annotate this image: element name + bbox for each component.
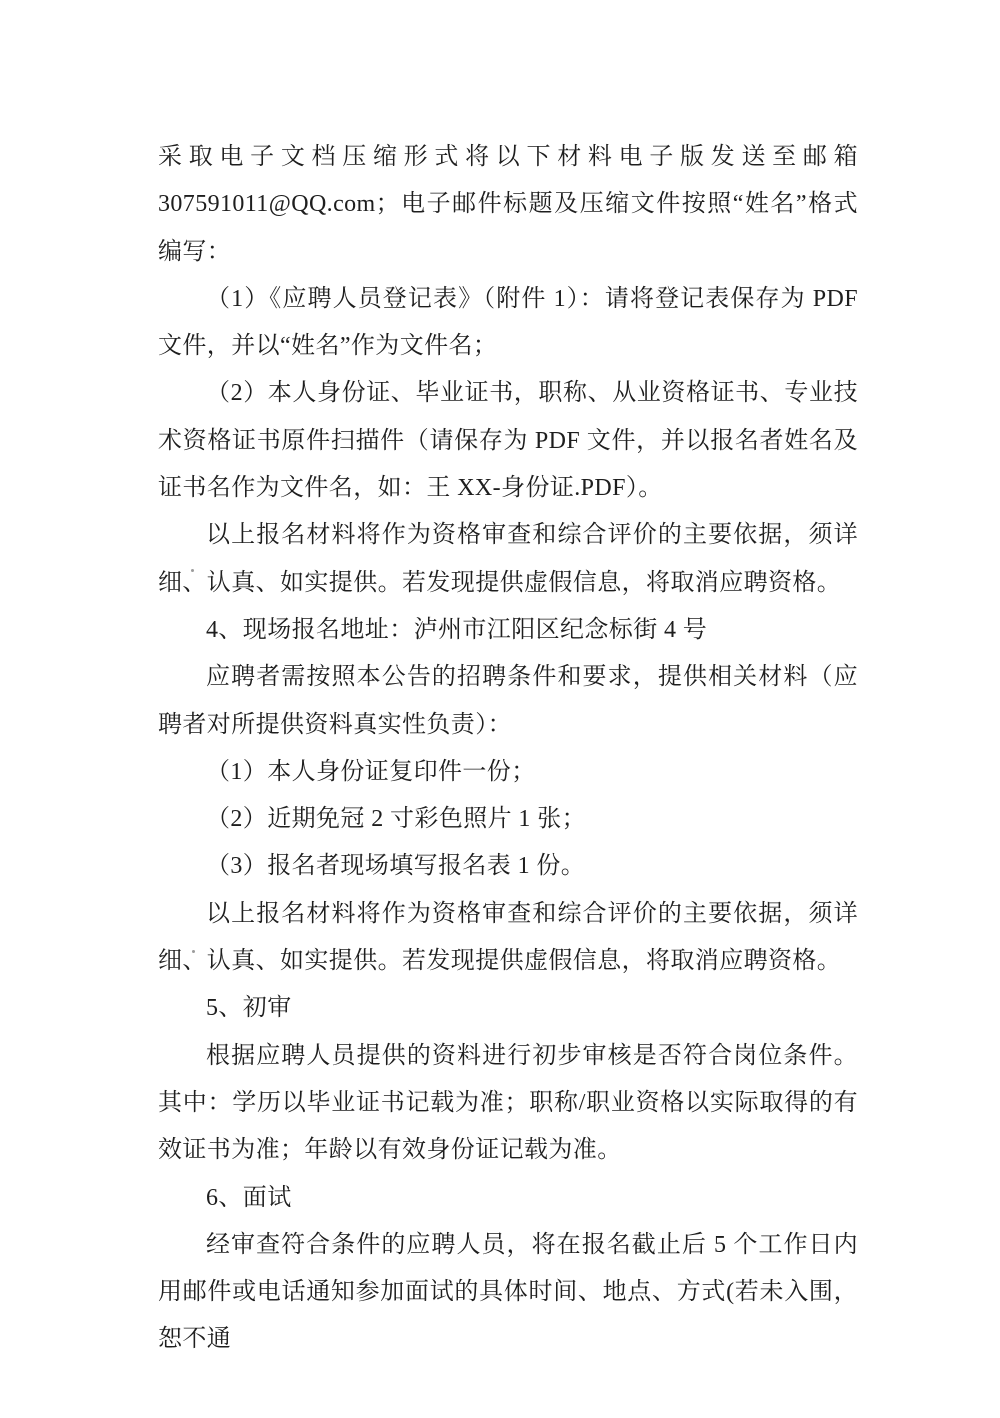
scan-speck (191, 569, 194, 572)
paragraph-section-5-initial-review: 5、初审 (158, 985, 858, 1032)
scan-speck (192, 950, 195, 953)
paragraph-interview-details: 经审查符合条件的应聘人员，将在报名截止后 5 个工作日内用邮件或电话通知参加面试… (158, 1222, 858, 1364)
paragraph-item-2-certificates: （2）本人身份证、毕业证书，职称、从业资格证书、专业技术资格证书原件扫描件（请保… (158, 370, 858, 512)
paragraph-applicant-requirements: 应聘者需按照本公告的招聘条件和要求，提供相关材料（应聘者对所提供资料真实性负责）… (158, 654, 858, 749)
paragraph-materials-note-1: 以上报名材料将作为资格审查和综合评价的主要依据，须详细、认真、如实提供。若发现提… (158, 512, 858, 607)
document-body: 采取电子文档压缩形式将以下材料电子版发送至邮箱 307591011@QQ.com… (158, 0, 858, 1364)
document-page: 采取电子文档压缩形式将以下材料电子版发送至邮箱 307591011@QQ.com… (0, 0, 1000, 1418)
paragraph-item-1-registration-form: （1）《应聘人员登记表》（附件 1）：请将登记表保存为 PDF 文件，并以“姓名… (158, 276, 858, 371)
paragraph-item-2-photo: （2）近期免冠 2 寸彩色照片 1 张； (158, 796, 858, 843)
paragraph-item-3-onsite-form: （3）报名者现场填写报名表 1 份。 (158, 843, 858, 890)
paragraph-initial-review-details: 根据应聘人员提供的资料进行初步审核是否符合岗位条件。其中：学历以毕业证书记载为准… (158, 1033, 858, 1175)
paragraph-email-instructions: 采取电子文档压缩形式将以下材料电子版发送至邮箱 307591011@QQ.com… (158, 134, 858, 276)
paragraph-section-6-interview: 6、面试 (158, 1175, 858, 1222)
paragraph-materials-note-2: 以上报名材料将作为资格审查和综合评价的主要依据，须详细、认真、如实提供。若发现提… (158, 891, 858, 986)
paragraph-section-4-onsite-address: 4、现场报名地址：泸州市江阳区纪念标街 4 号 (158, 607, 858, 654)
paragraph-item-1-id-copy: （1）本人身份证复印件一份； (158, 749, 858, 796)
